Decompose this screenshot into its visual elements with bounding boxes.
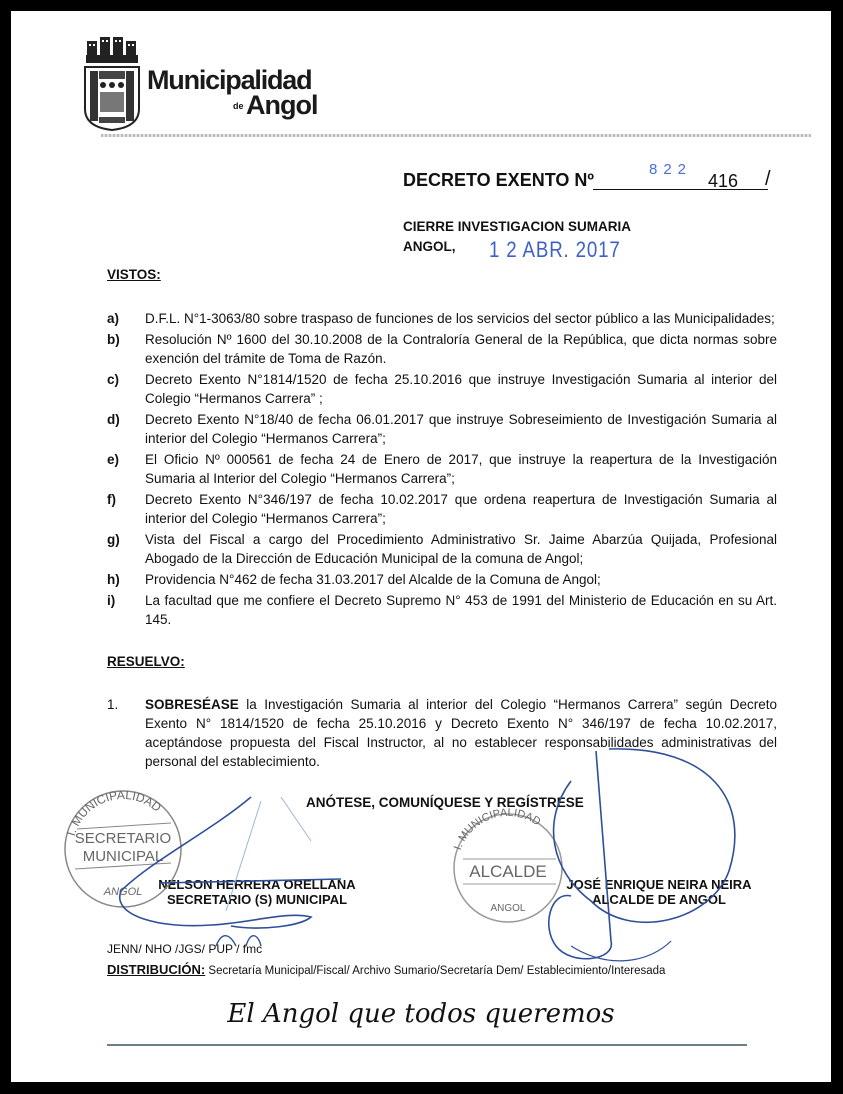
item-label: a) [107, 309, 145, 328]
item-label: c) [107, 370, 145, 408]
list-item: a)D.F.L. N°1-3063/80 sobre traspaso de f… [107, 309, 777, 328]
item-label: h) [107, 570, 145, 589]
closing-formula: ANÓTESE, COMUNÍQUESE Y REGÍSTRESE [306, 795, 584, 810]
svg-text:MUNICIPAL: MUNICIPAL [83, 848, 164, 865]
svg-text:I. MUNICIPALIDAD: I. MUNICIPALIDAD [452, 807, 543, 852]
item-text: La facultad que me confiere el Decreto S… [145, 591, 777, 629]
decree-number-line [593, 189, 768, 190]
list-item: b)Resolución Nº 1600 del 30.10.2008 de l… [107, 330, 777, 368]
item-label: 1. [107, 695, 145, 771]
decree-number: 416 [708, 171, 738, 192]
item-lead: SOBRESÉASE [145, 697, 239, 712]
svg-text:I. MUNICIPALIDAD: I. MUNICIPALIDAD [64, 788, 164, 838]
list-item: e)El Oficio Nº 000561 de fecha 24 de Ene… [107, 450, 777, 488]
signatory-mayor: JOSÉ ENRIQUE NEIRA NEIRA ALCALDE DE ANGO… [559, 877, 759, 907]
item-text: Decreto Exento N°1814/1520 de fecha 25.1… [145, 370, 777, 408]
item-label: e) [107, 450, 145, 488]
list-item: d)Decreto Exento N°18/40 de fecha 06.01.… [107, 410, 777, 448]
mayor-signature-icon [549, 749, 735, 959]
initials: JENN/ NHO /JGS/ PUP / fmc [107, 942, 262, 956]
signatory-role: ALCALDE DE ANGOL [559, 892, 759, 907]
svg-text:ALCALDE: ALCALDE [469, 862, 546, 881]
municipality-logo: Municipalidad de Angol [83, 35, 353, 135]
vistos-heading: VISTOS: [107, 267, 161, 282]
decree-place: ANGOL, [403, 239, 456, 254]
signatory-name: JOSÉ ENRIQUE NEIRA NEIRA [559, 877, 759, 892]
item-text: Vista del Fiscal a cargo del Procedimien… [145, 530, 777, 568]
list-item: g)Vista del Fiscal a cargo del Procedimi… [107, 530, 777, 568]
decree-subject: CIERRE INVESTIGACION SUMARIA [403, 219, 631, 234]
mayor-seal-icon: I. MUNICIPALIDAD ALCALDE ANGOL [452, 807, 562, 922]
resuelvo-heading: RESUELVO: [107, 654, 185, 669]
document-page: Municipalidad de Angol DECRETO EXENTO Nº… [11, 11, 831, 1082]
header-divider [101, 134, 811, 137]
item-label: g) [107, 530, 145, 568]
list-item: h)Providencia N°462 de fecha 31.03.2017 … [107, 570, 777, 589]
signatory-secretary: NELSON HERRERA ORELLANA SECRETARIO (S) M… [157, 877, 357, 907]
svg-text:ANGOL: ANGOL [490, 903, 525, 914]
distribution: DISTRIBUCIÓN: Secretaría Municipal/Fisca… [107, 962, 665, 977]
item-text: Decreto Exento N°18/40 de fecha 06.01.20… [145, 410, 777, 448]
vistos-list: a)D.F.L. N°1-3063/80 sobre traspaso de f… [107, 309, 777, 631]
distribution-label: DISTRIBUCIÓN: [107, 962, 205, 977]
secretary-signature-icon [120, 797, 341, 928]
svg-text:SECRETARIO: SECRETARIO [75, 830, 171, 847]
decree-slash: / [765, 168, 771, 191]
item-text: Decreto Exento N°346/197 de fecha 10.02.… [145, 490, 777, 528]
item-label: f) [107, 490, 145, 528]
svg-text:ANGOL: ANGOL [103, 886, 143, 898]
item-body: la Investigación Sumaria al interior del… [145, 697, 777, 769]
list-item: c)Decreto Exento N°1814/1520 de fecha 25… [107, 370, 777, 408]
item-text: Resolución Nº 1600 del 30.10.2008 de la … [145, 330, 777, 368]
stamped-date: 1 2 ABR. 2017 [489, 237, 621, 263]
signatory-name: NELSON HERRERA ORELLANA [157, 877, 357, 892]
resuelvo-list: 1.SOBRESÉASE la Investigación Sumaria al… [107, 695, 777, 773]
motto: El Angol que todos queremos [11, 999, 831, 1029]
list-item: 1.SOBRESÉASE la Investigación Sumaria al… [107, 695, 777, 771]
list-item: f)Decreto Exento N°346/197 de fecha 10.0… [107, 490, 777, 528]
brand-de: de [233, 101, 244, 111]
item-text: El Oficio Nº 000561 de fecha 24 de Enero… [145, 450, 777, 488]
item-text: SOBRESÉASE la Investigación Sumaria al i… [145, 695, 777, 771]
brand-city: Angol [246, 90, 317, 121]
coat-of-arms-icon [83, 35, 141, 131]
distribution-list: Secretaría Municipal/Fiscal/ Archivo Sum… [205, 965, 665, 977]
stamped-number: 822 [649, 161, 692, 178]
footer-divider [107, 1044, 747, 1046]
signatory-role: SECRETARIO (S) MUNICIPAL [157, 892, 357, 907]
decree-title: DECRETO EXENTO Nº [403, 170, 594, 191]
item-text: D.F.L. N°1-3063/80 sobre traspaso de fun… [145, 309, 777, 328]
item-label: b) [107, 330, 145, 368]
item-label: i) [107, 591, 145, 629]
list-item: i)La facultad que me confiere el Decreto… [107, 591, 777, 629]
seal-top-text: I. MUNICIPALIDAD [64, 788, 164, 838]
item-label: d) [107, 410, 145, 448]
item-text: Providencia N°462 de fecha 31.03.2017 de… [145, 570, 777, 589]
